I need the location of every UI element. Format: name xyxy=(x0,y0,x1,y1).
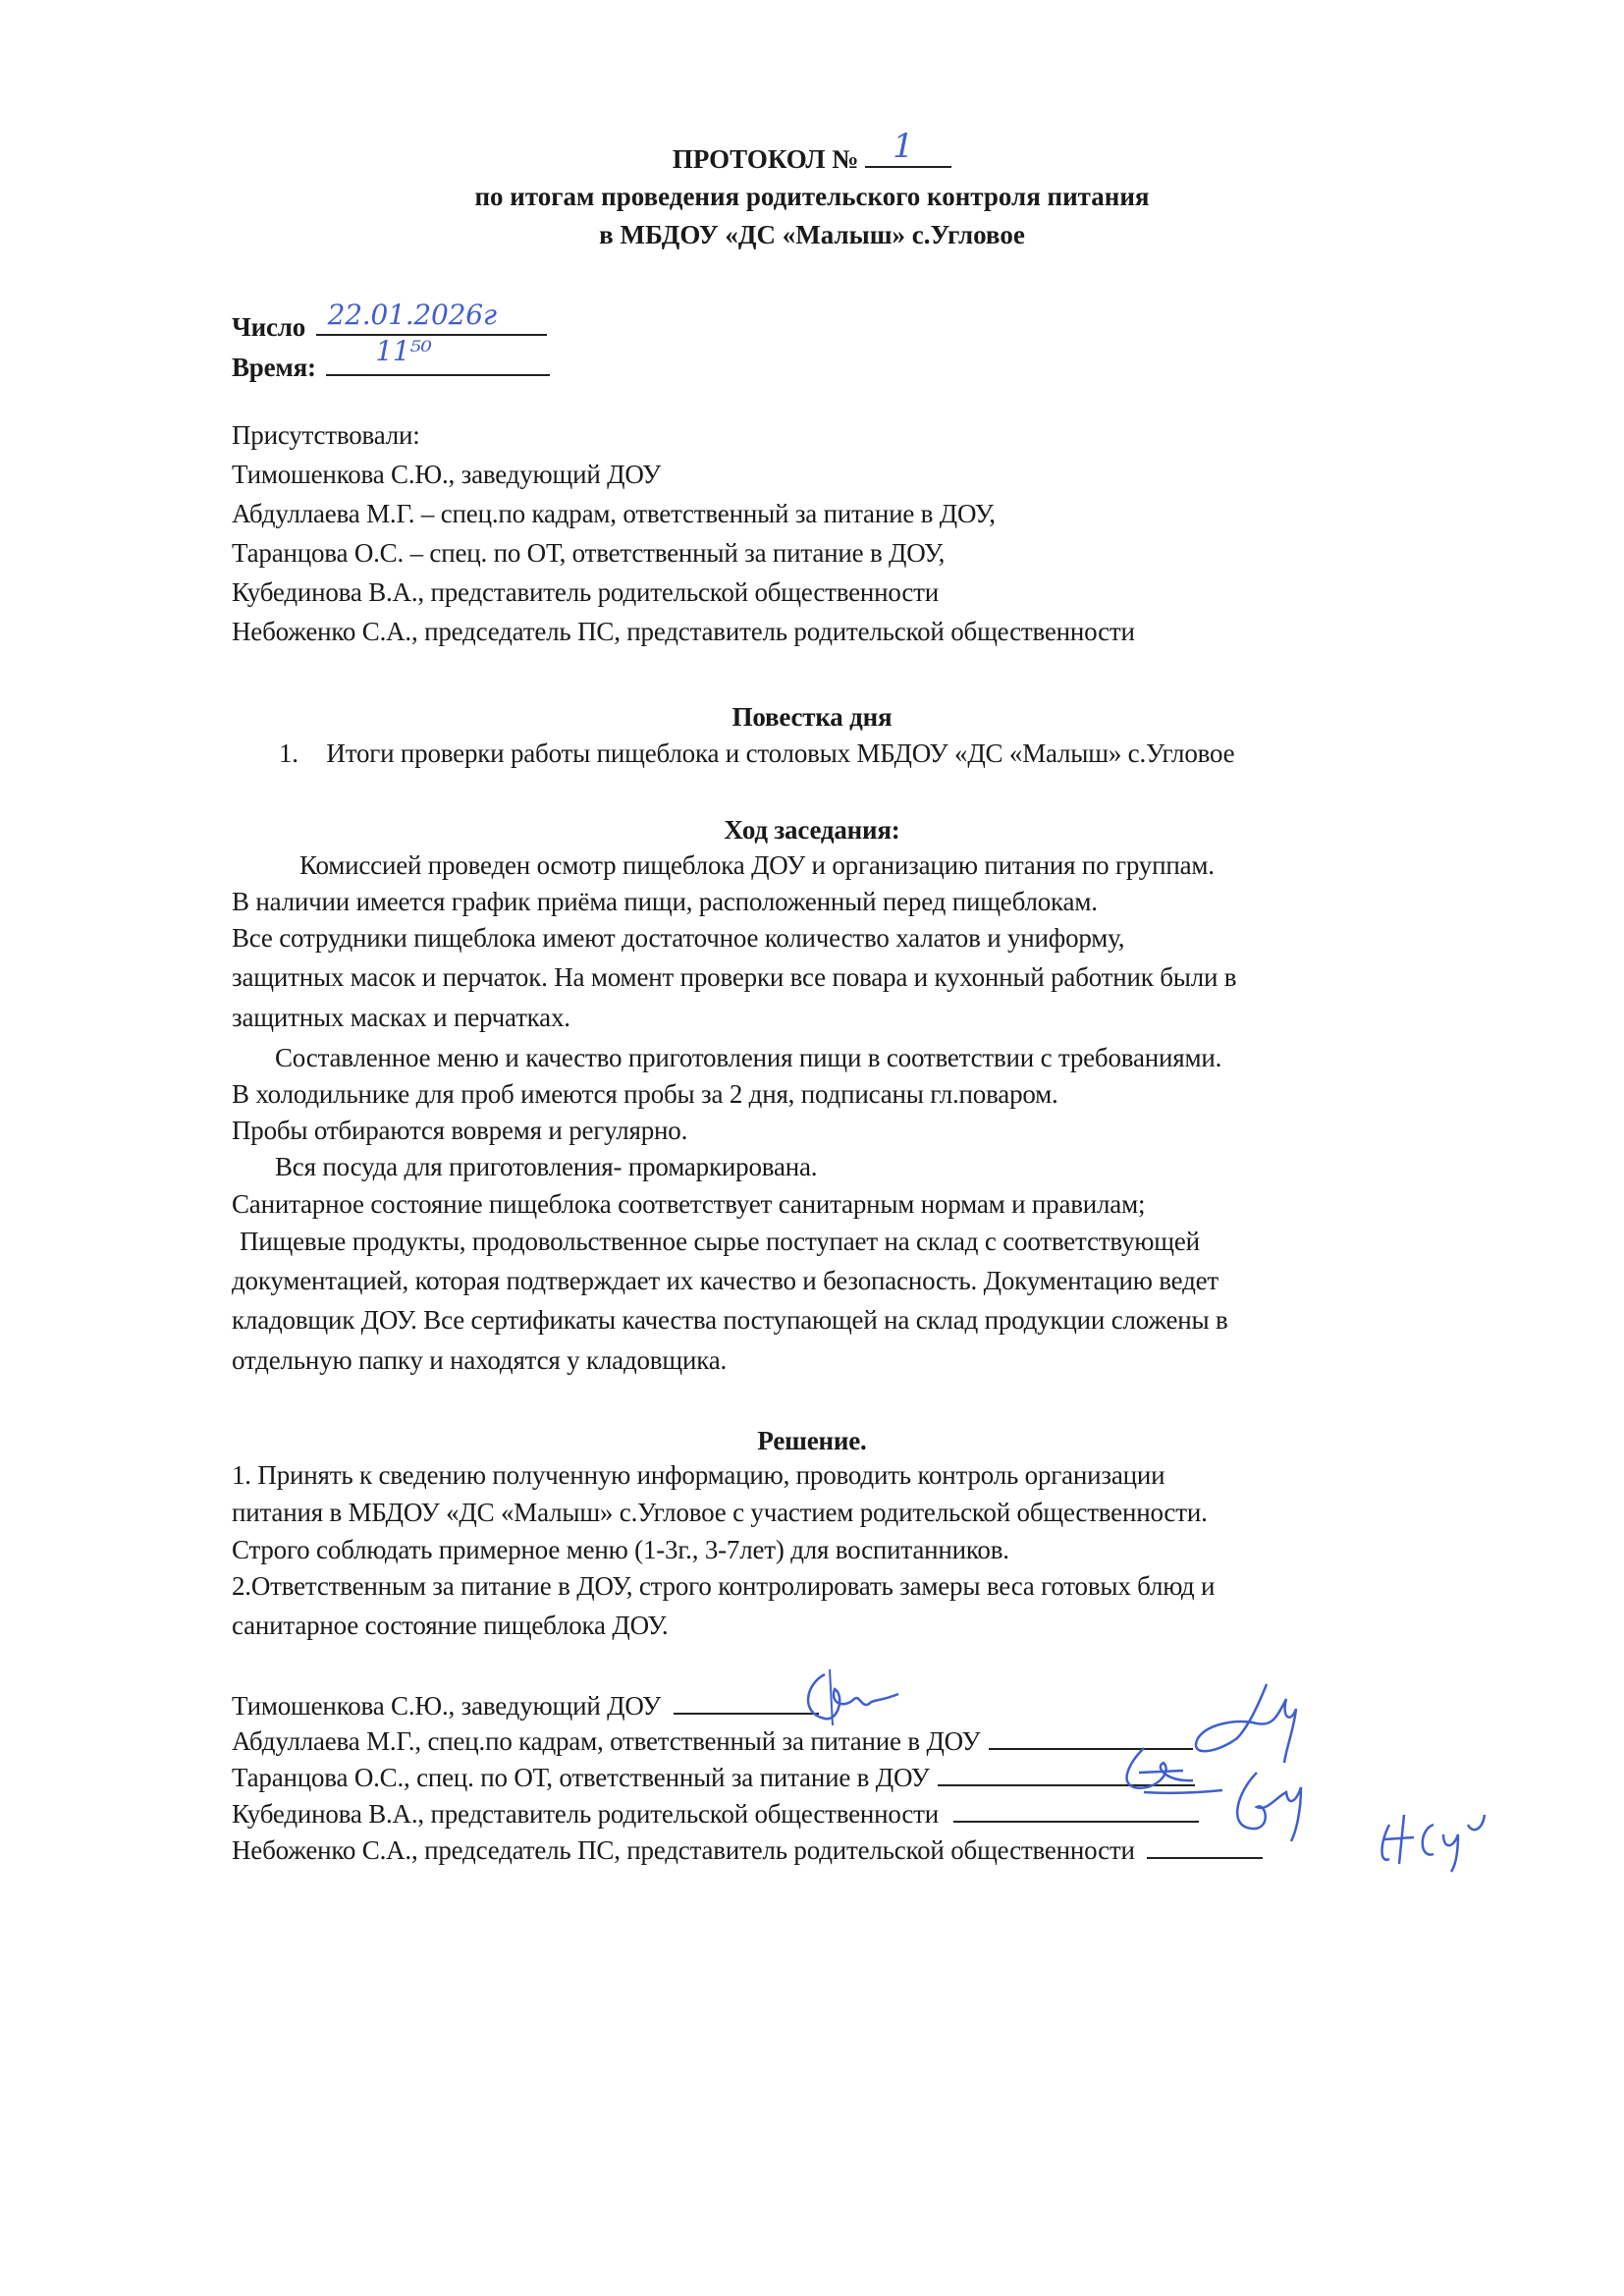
document-title-line: ПРОТОКОЛ № 1 xyxy=(0,140,1624,175)
proceedings-line: Пробы отбираются вовремя и регулярно. xyxy=(232,1116,687,1146)
attendee-item: Тимошенкова С.Ю., заведующий ДОУ xyxy=(232,460,661,490)
attendee-item: Абдуллаева М.Г. – спец.по кадрам, ответс… xyxy=(232,499,996,529)
signature-scribble-icon xyxy=(1114,1743,1232,1807)
proceedings-line: В холодильнике для проб имеются пробы за… xyxy=(232,1079,1058,1110)
date-handwritten: 22.01.2026г xyxy=(328,299,497,331)
signatory-label: Кубединова В.А., представитель родительс… xyxy=(232,1799,939,1829)
protocol-number-field: 1 xyxy=(865,140,951,168)
signature-row: Абдуллаева М.Г., спец.по кадрам, ответст… xyxy=(232,1722,1193,1757)
attendee-item: Кубединова В.А., представитель родительс… xyxy=(232,577,939,608)
decision-line: 1. Принять к сведению полученную информа… xyxy=(232,1460,1164,1491)
document-subtitle-1: по итогам проведения родительского контр… xyxy=(0,182,1624,212)
proceedings-line: В наличии имеется график приёма пищи, ра… xyxy=(232,887,1098,917)
proceedings-line: Составленное меню и качество приготовлен… xyxy=(275,1043,1221,1073)
signatory-label: Небоженко С.А., председатель ПС, предста… xyxy=(232,1835,1135,1865)
signatory-label: Таранцова О.С., спец. по ОТ, ответственн… xyxy=(232,1763,930,1792)
date-field: 22.01.2026г xyxy=(316,308,547,336)
proceedings-heading: Ход заседания: xyxy=(0,815,1624,846)
proceedings-line: отдельную папку и находятся у кладовщика… xyxy=(232,1345,727,1376)
protocol-page: ПРОТОКОЛ № 1 по итогам проведения родите… xyxy=(0,0,1624,2296)
signature-row: Таранцова О.С., спец. по ОТ, ответственн… xyxy=(232,1759,1195,1793)
attendee-item: Небоженко С.А., председатель ПС, предста… xyxy=(232,617,1135,647)
decision-line: Строго соблюдать примерное меню (1-3г., … xyxy=(232,1535,1009,1565)
decision-line: питания в МБДОУ «ДС «Малыш» с.Угловое с … xyxy=(232,1498,1208,1528)
proceedings-line: Комиссией проведен осмотр пищеблока ДОУ … xyxy=(299,850,1215,881)
decision-line: санитарное состояние пищеблока ДОУ. xyxy=(232,1611,668,1641)
agenda-item-number: 1. xyxy=(279,738,298,768)
attendees-heading: Присутствовали: xyxy=(232,420,420,451)
date-label: Число xyxy=(232,312,305,342)
proceedings-line: документацией, которая подтверждает их к… xyxy=(232,1266,1218,1296)
document-subtitle-2: в МБДОУ «ДС «Малыш» с.Угловое xyxy=(0,220,1624,250)
proceedings-line: Пищевые продукты, продовольственное сырь… xyxy=(240,1227,1200,1257)
proceedings-line: кладовщик ДОУ. Все сертификаты качества … xyxy=(232,1305,1228,1336)
document-title: ПРОТОКОЛ № xyxy=(673,144,859,174)
proceedings-line: защитных масок и перчаток. На момент про… xyxy=(232,962,1236,993)
proceedings-line: Вся посуда для приготовления- промаркиро… xyxy=(275,1152,817,1182)
proceedings-line: Санитарное состояние пищеблока соответст… xyxy=(232,1189,1145,1220)
signature-scribble-icon xyxy=(785,1665,913,1738)
attendee-item: Таранцова О.С. – спец. по ОТ, ответствен… xyxy=(232,538,945,569)
signatory-label: Тимошенкова С.Ю., заведующий ДОУ xyxy=(232,1691,661,1721)
signature-scribble-icon xyxy=(1375,1805,1492,1879)
time-field: 11⁵⁰ xyxy=(326,349,550,376)
proceedings-line: защитных масках и перчатках. xyxy=(232,1003,570,1033)
signature-row: Небоженко С.А., председатель ПС, предста… xyxy=(232,1831,1263,1866)
decision-line: 2.Ответственным за питание в ДОУ, строго… xyxy=(232,1571,1215,1602)
proceedings-line: Все сотрудники пищеблока имеют достаточн… xyxy=(232,923,1124,954)
signature-row: Кубединова В.А., представитель родительс… xyxy=(232,1795,1199,1830)
agenda-heading: Повестка дня xyxy=(0,702,1624,733)
agenda-item-text: Итоги проверки работы пищеблока и столов… xyxy=(326,738,1234,768)
time-handwritten: 11⁵⁰ xyxy=(375,335,431,367)
time-label: Время: xyxy=(232,353,316,382)
signature-row: Тимошенкова С.Ю., заведующий ДОУ xyxy=(232,1687,819,1722)
agenda-item: 1. Итоги проверки работы пищеблока и сто… xyxy=(279,738,1234,769)
signature-scribble-icon xyxy=(1218,1758,1326,1851)
decision-heading: Решение. xyxy=(0,1426,1624,1456)
protocol-number-handwritten: 1 xyxy=(893,127,914,166)
time-row: Время: 11⁵⁰ xyxy=(232,349,550,383)
